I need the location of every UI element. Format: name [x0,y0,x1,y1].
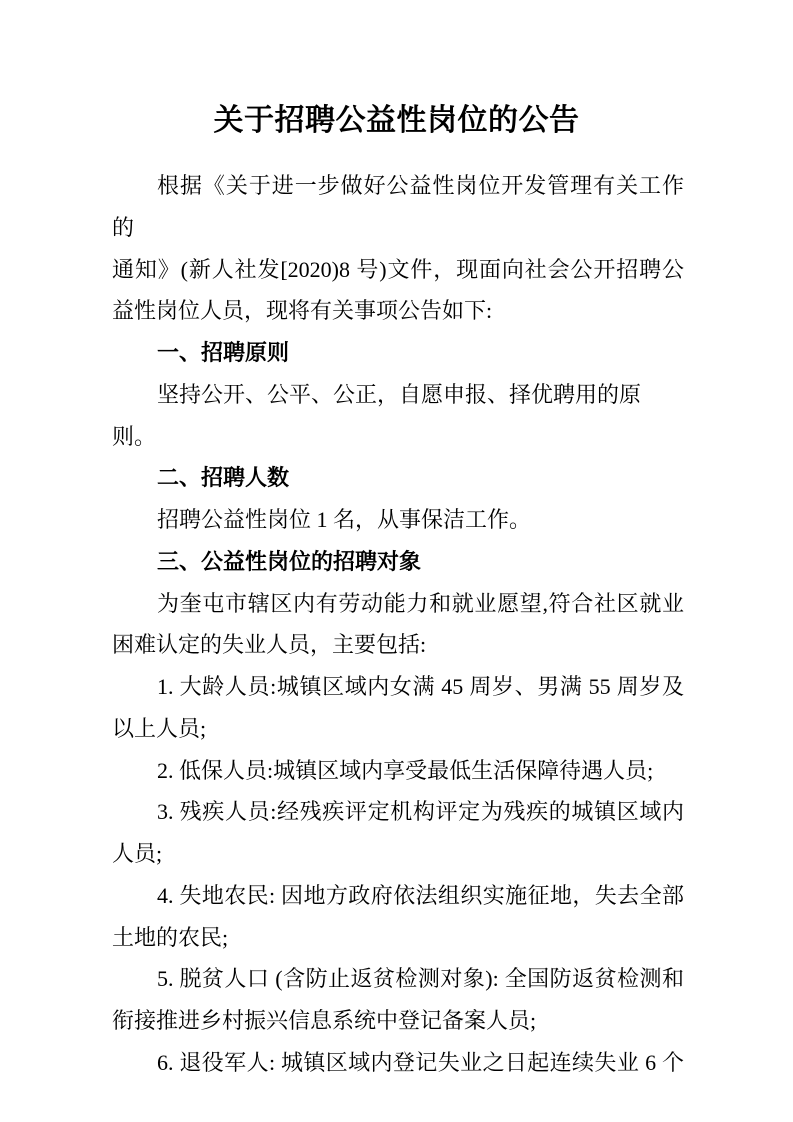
document-line: 以上人员; [112,708,684,750]
document-line: 衔接推进乡村振兴信息系统中登记备案人员; [112,1000,684,1042]
document-line: 6. 退役军人: 城镇区域内登记失业之日起连续失业 6 个 [112,1042,684,1084]
document-line: 为奎屯市辖区内有劳动能力和就业愿望,符合社区就业 [112,583,684,625]
document-line: 根据《关于进一步做好公益性岗位开发管理有关工作的 [112,165,684,249]
document-line: 困难认定的失业人员，主要包括: [112,624,684,666]
document-line: 坚持公开、公平、公正，自愿申报、择优聘用的原则。 [112,374,684,458]
document-line: 1. 大龄人员:城镇区域内女满 45 周岁、男满 55 周岁及 [112,666,684,708]
document-page: 关于招聘公益性岗位的公告 根据《关于进一步做好公益性岗位开发管理有关工作的通知》… [0,0,793,1122]
document-line: 土地的农民; [112,917,684,959]
document-line: 人员; [112,833,684,875]
document-line: 2. 低保人员:城镇区域内享受最低生活保障待遇人员; [112,750,684,792]
section-heading: 三、公益性岗位的招聘对象 [112,541,684,583]
document-line: 4. 失地农民: 因地方政府依法组织实施征地，失去全部 [112,875,684,917]
section-heading: 二、招聘人数 [112,457,684,499]
document-line: 3. 残疾人员:经残疾评定机构评定为残疾的城镇区域内 [112,791,684,833]
section-heading: 一、招聘原则 [112,332,684,374]
document-line: 通知》(新人社发[2020)8 号)文件，现面向社会公开招聘公 [112,249,684,291]
document-title: 关于招聘公益性岗位的公告 [0,0,793,143]
document-line: 招聘公益性岗位 1 名，从事保洁工作。 [112,499,684,541]
document-body: 根据《关于进一步做好公益性岗位开发管理有关工作的通知》(新人社发[2020)8 … [112,165,684,1084]
document-line: 益性岗位人员，现将有关事项公告如下: [112,290,684,332]
document-line: 5. 脱贫人口 (含防止返贫检测对象): 全国防返贫检测和 [112,958,684,1000]
